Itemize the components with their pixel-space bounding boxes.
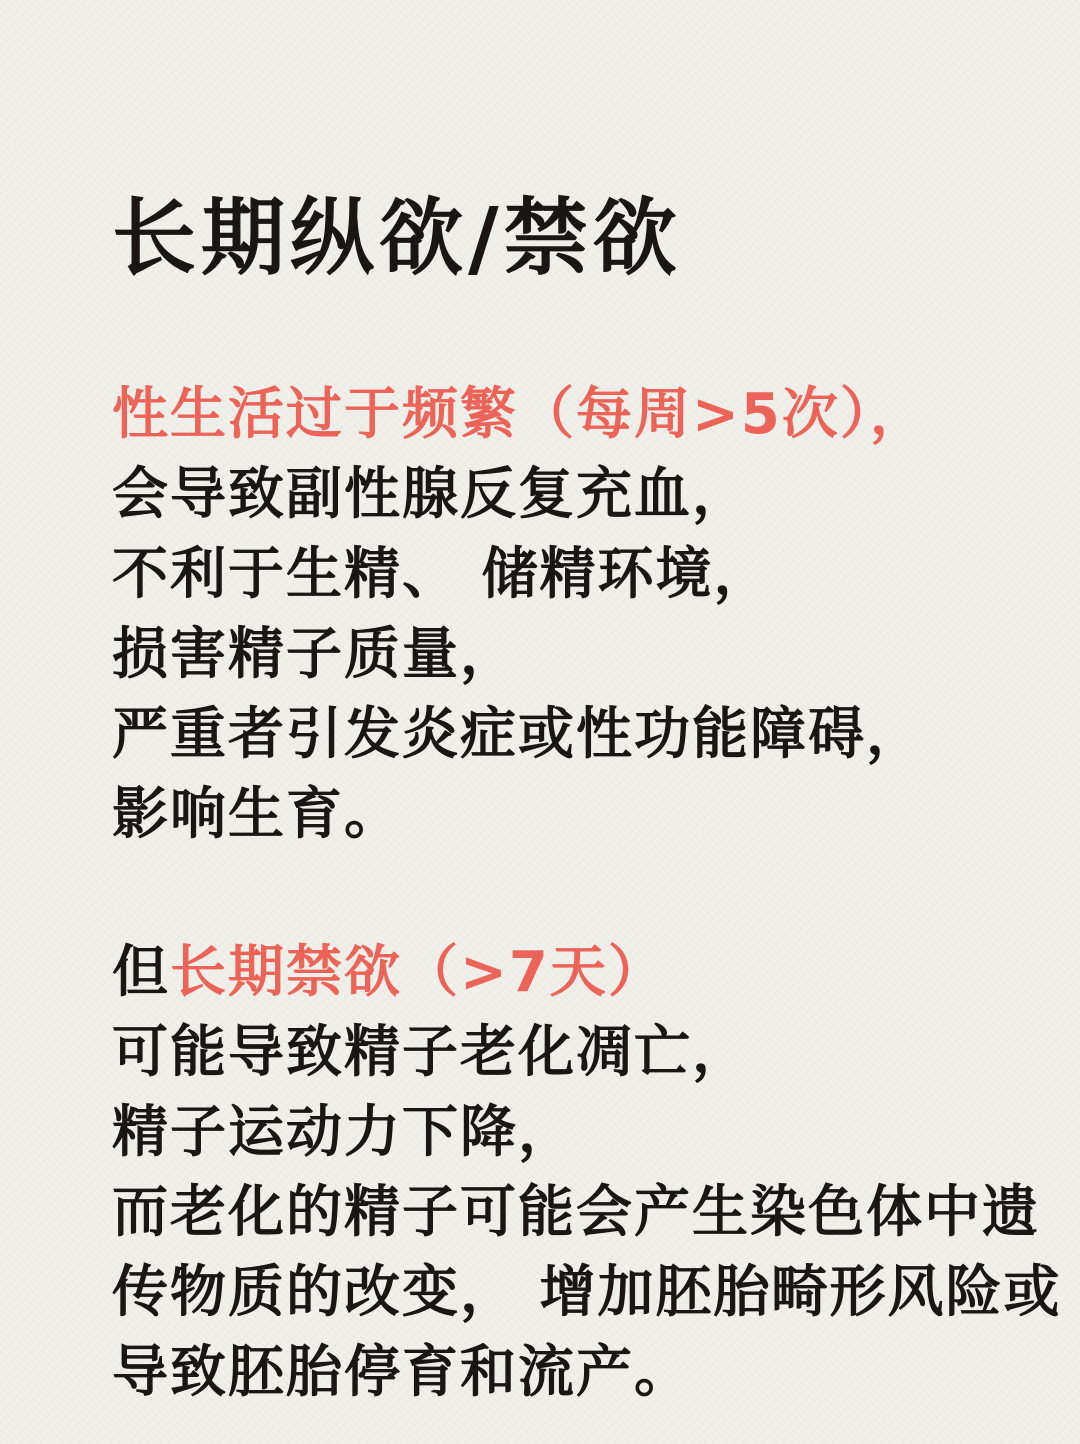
overindulgence-line-3: 损害精子质量， <box>112 615 1040 695</box>
highlight-long-abstinence: 长期禁欲（>7天） <box>170 940 666 1005</box>
abstinence-line-4: 传物质的改变， 增加胚胎畸形风险或 <box>112 1253 1040 1333</box>
highlight-frequent-sex: 性生活过于频繁（每周>5次）， <box>112 382 928 447</box>
overindulgence-line-4: 严重者引发炎症或性功能障碍， <box>112 695 1040 775</box>
paragraph-overindulgence: 性生活过于频繁（每周>5次）， 会导致副性腺反复充血， 不利于生精、 储精环境，… <box>112 375 1040 855</box>
abstinence-line-3: 而老化的精子可能会产生染色体中遗 <box>112 1173 1040 1253</box>
overindulgence-highlight-line: 性生活过于频繁（每周>5次）， <box>112 375 1040 455</box>
poster: 长期纵欲/禁欲 性生活过于频繁（每周>5次）， 会导致副性腺反复充血， 不利于生… <box>0 0 1080 1444</box>
abstinence-line-2: 精子运动力下降， <box>112 1093 1040 1173</box>
abstinence-lead: 但 <box>112 940 170 1005</box>
overindulgence-line-5: 影响生育。 <box>112 775 1040 855</box>
abstinence-line-1: 可能导致精子老化凋亡， <box>112 1013 1040 1093</box>
abstinence-line-5: 导致胚胎停育和流产。 <box>112 1333 1040 1413</box>
overindulgence-line-1: 会导致副性腺反复充血， <box>112 455 1040 535</box>
page-title: 长期纵欲/禁欲 <box>112 188 1040 289</box>
paragraph-abstinence: 但长期禁欲（>7天） 可能导致精子老化凋亡， 精子运动力下降， 而老化的精子可能… <box>112 933 1040 1413</box>
overindulgence-line-2: 不利于生精、 储精环境， <box>112 535 1040 615</box>
abstinence-highlight-line: 但长期禁欲（>7天） <box>112 933 1040 1013</box>
